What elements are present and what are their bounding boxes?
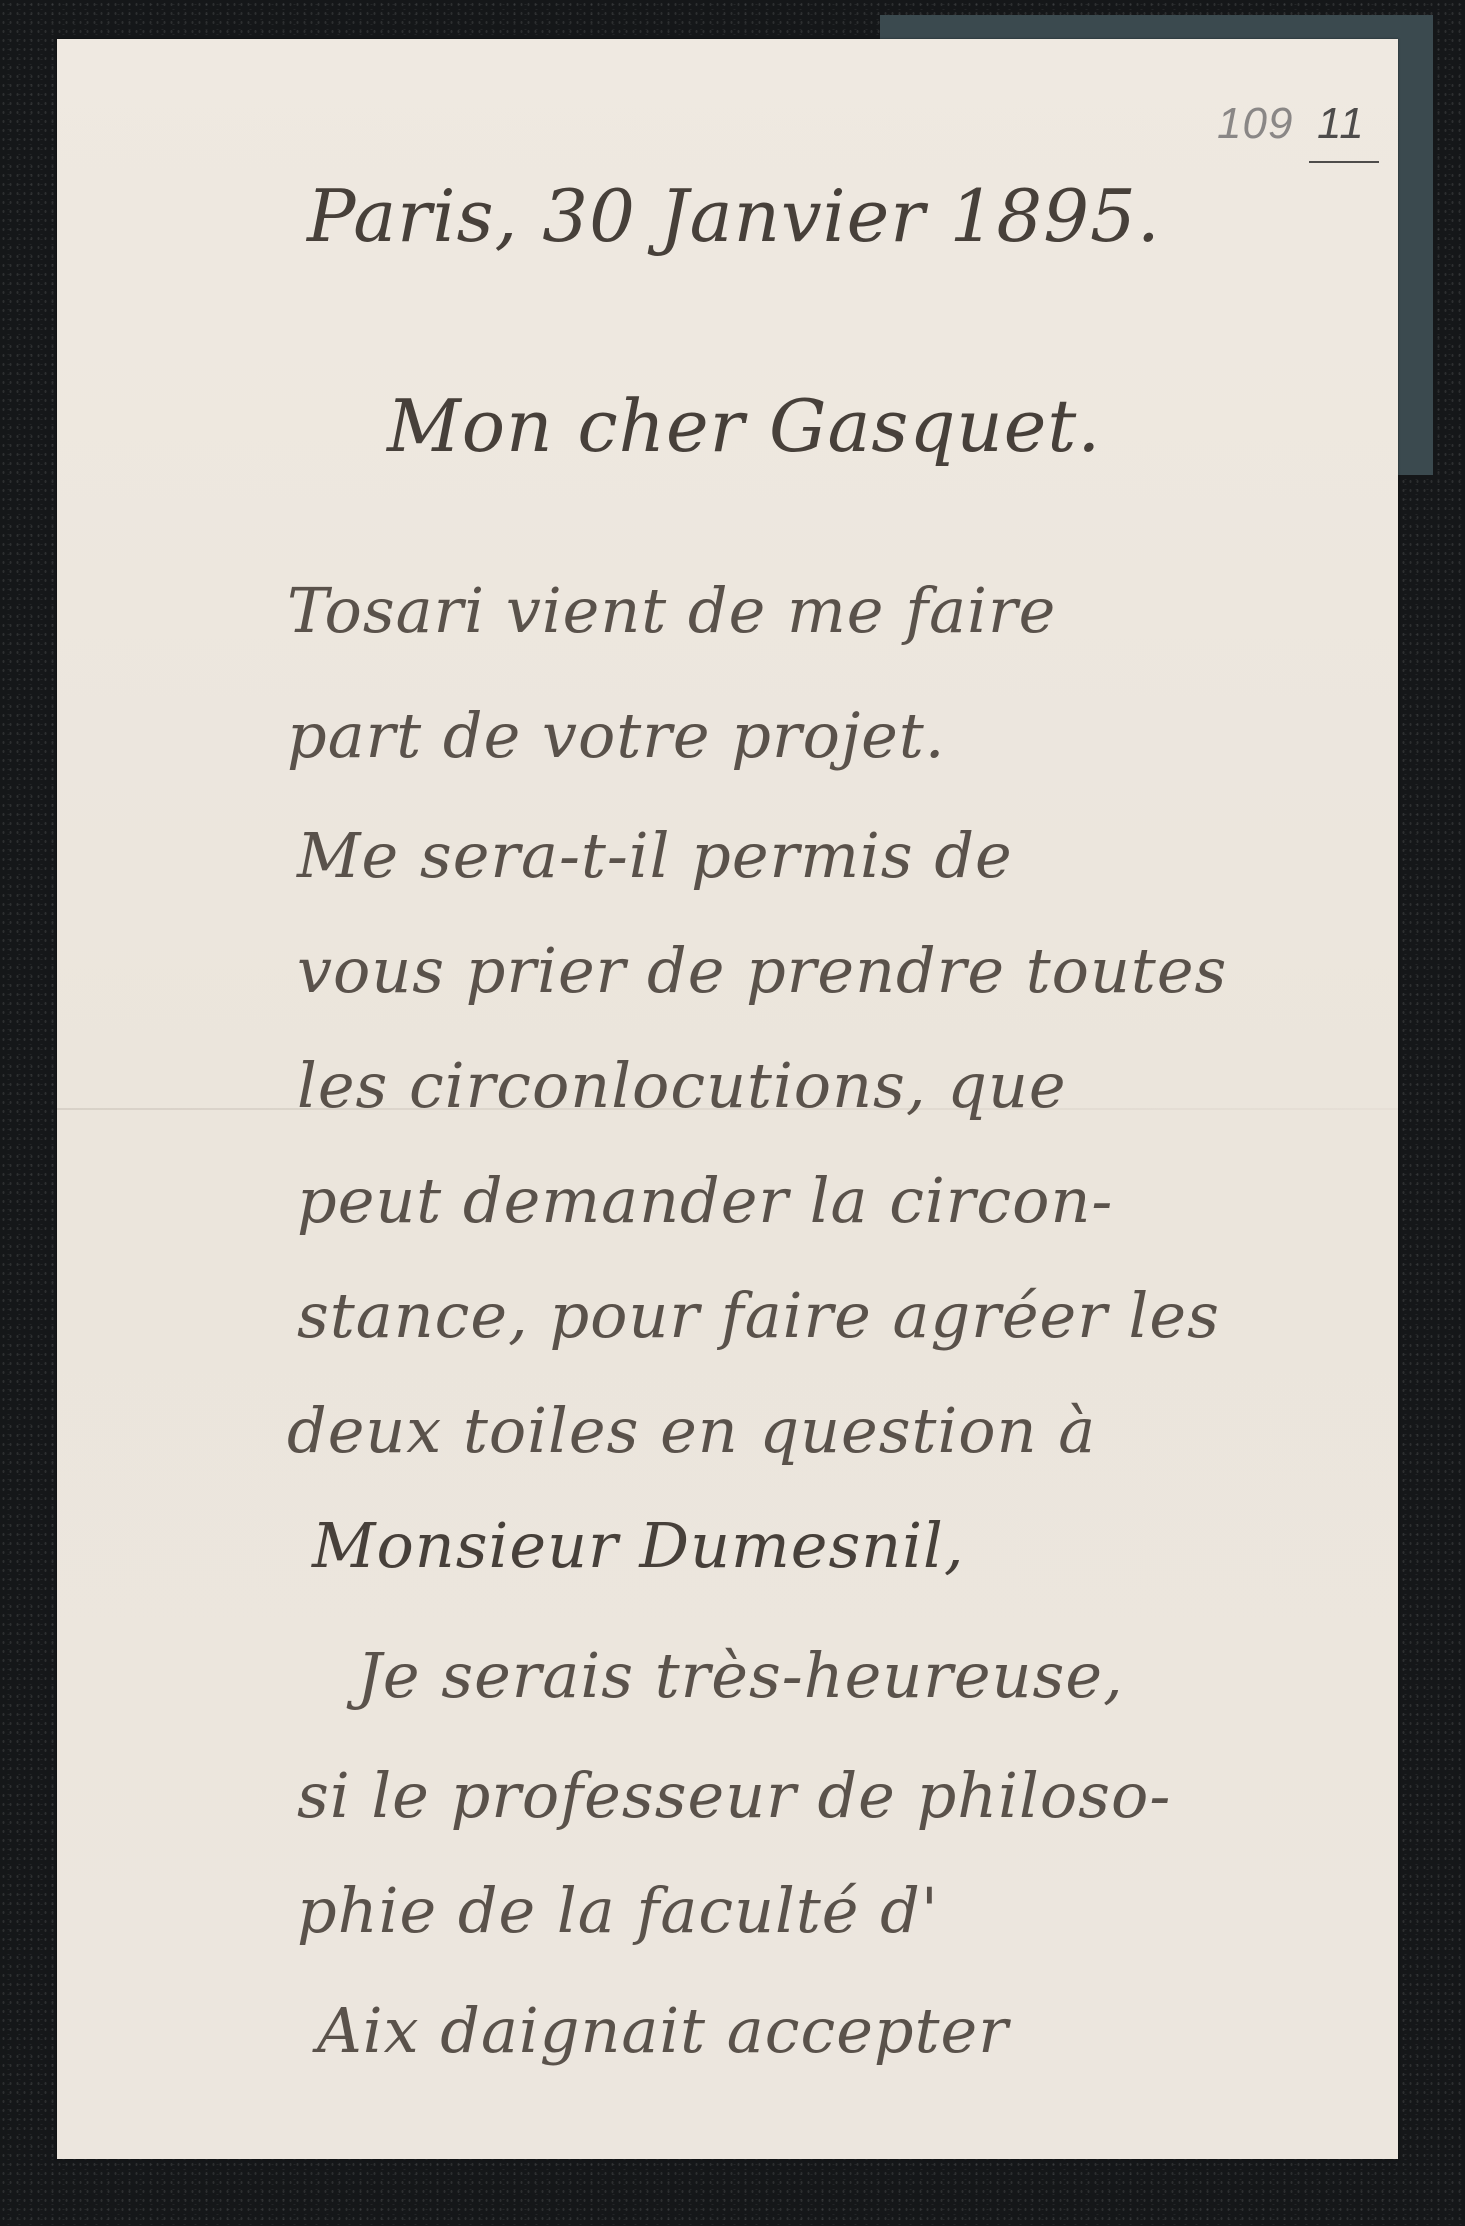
folio-number-pencil: 109: [1217, 99, 1293, 149]
letter-page: 109 11 Paris, 30 Janvier 1895. Mon cher …: [57, 39, 1398, 2159]
body-line-1: Tosari vient de me faire: [287, 574, 1056, 647]
body-line-6: peut demander la circon-: [297, 1164, 1113, 1237]
date-line: Paris, 30 Janvier 1895.: [307, 174, 1161, 258]
body-line-3: Me sera-t-il permis de: [297, 819, 1013, 892]
body-line-9: Monsieur Dumesnil,: [312, 1509, 965, 1582]
folio-number-ink: 11: [1317, 99, 1365, 149]
body-line-2: part de votre projet.: [287, 699, 946, 772]
body-line-12: phie de la faculté d': [297, 1874, 939, 1947]
body-line-10: Je serais très-heureuse,: [357, 1639, 1124, 1712]
body-line-8: deux toiles en question à: [287, 1394, 1096, 1467]
body-line-11: si le professeur de philoso-: [297, 1759, 1171, 1832]
body-line-7: stance, pour faire agréer les: [297, 1279, 1220, 1352]
body-line-4: vous prier de prendre toutes: [297, 934, 1227, 1007]
body-line-13: Aix daignait accepter: [317, 1994, 1009, 2067]
salutation: Mon cher Gasquet.: [387, 384, 1101, 468]
body-line-5: les circonlocutions, que: [297, 1049, 1067, 1122]
